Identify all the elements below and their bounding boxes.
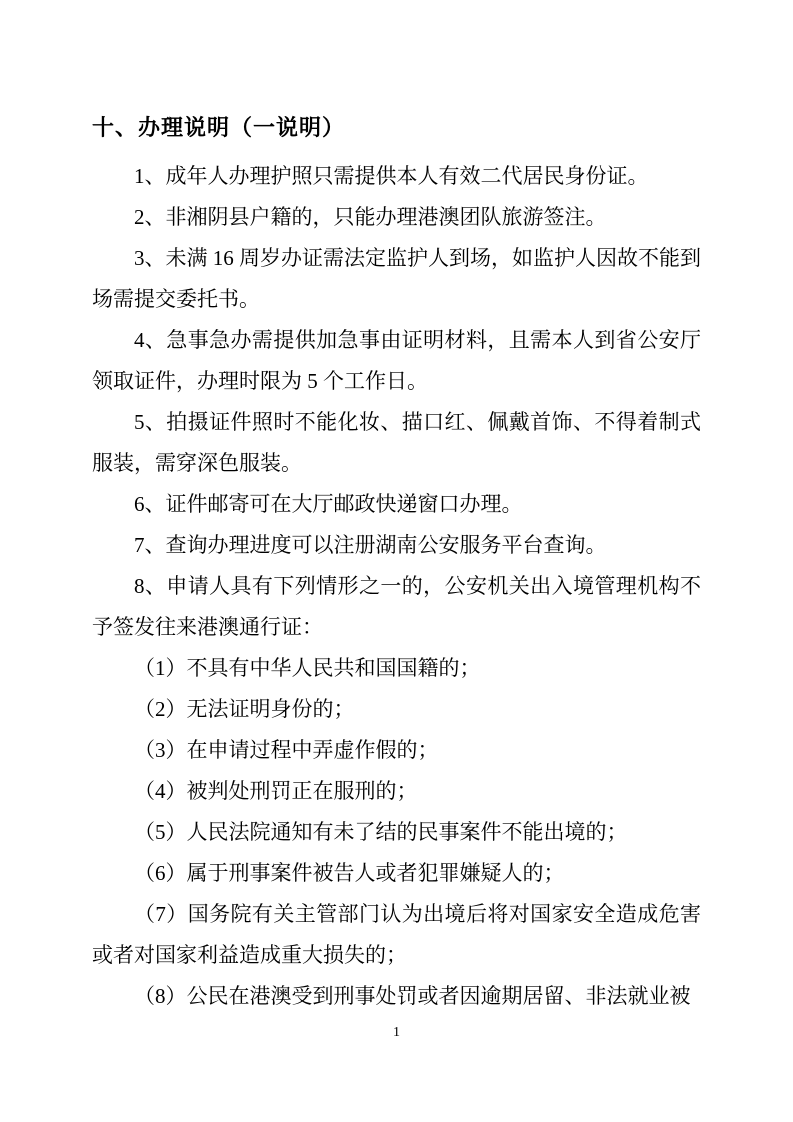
- paragraph-2: 2、非湘阴县户籍的，只能办理港澳团队旅游签注。: [92, 197, 701, 238]
- page-number: 1: [0, 1024, 793, 1042]
- list-item-8: （8）公民在港澳受到刑事处罚或者因逾期居留、非法就业被: [92, 976, 701, 1017]
- list-item-6: （6）属于刑事案件被告人或者犯罪嫌疑人的；: [92, 853, 701, 894]
- paragraph-5: 5、拍摄证件照时不能化妆、描口红、佩戴首饰、不得着制式服装，需穿深色服装。: [92, 402, 701, 484]
- list-item-2: （2）无法证明身份的；: [92, 689, 701, 730]
- list-item-5: （5）人民法院通知有未了结的民事案件不能出境的；: [92, 812, 701, 853]
- paragraph-1: 1、成年人办理护照只需提供本人有效二代居民身份证。: [92, 156, 701, 197]
- document-page: 十、办理说明（一说明） 1、成年人办理护照只需提供本人有效二代居民身份证。 2、…: [0, 0, 793, 1122]
- paragraph-4: 4、急事急办需提供加急事由证明材料，且需本人到省公安厅领取证件，办理时限为 5 …: [92, 320, 701, 402]
- list-item-1: （1）不具有中华人民共和国国籍的；: [92, 648, 701, 689]
- document-content: 十、办理说明（一说明） 1、成年人办理护照只需提供本人有效二代居民身份证。 2、…: [92, 106, 701, 1017]
- list-item-7: （7）国务院有关主管部门认为出境后将对国家安全造成危害或者对国家利益造成重大损失…: [92, 894, 701, 976]
- list-item-4: （4）被判处刑罚正在服刑的；: [92, 771, 701, 812]
- document-title: 十、办理说明（一说明）: [92, 106, 701, 150]
- paragraph-7: 7、查询办理进度可以注册湖南公安服务平台查询。: [92, 525, 701, 566]
- paragraph-3: 3、未满 16 周岁办证需法定监护人到场，如监护人因故不能到场需提交委托书。: [92, 238, 701, 320]
- paragraph-8: 8、申请人具有下列情形之一的，公安机关出入境管理机构不予签发往来港澳通行证：: [92, 566, 701, 648]
- list-item-3: （3）在申请过程中弄虚作假的；: [92, 730, 701, 771]
- paragraph-6: 6、证件邮寄可在大厅邮政快递窗口办理。: [92, 484, 701, 525]
